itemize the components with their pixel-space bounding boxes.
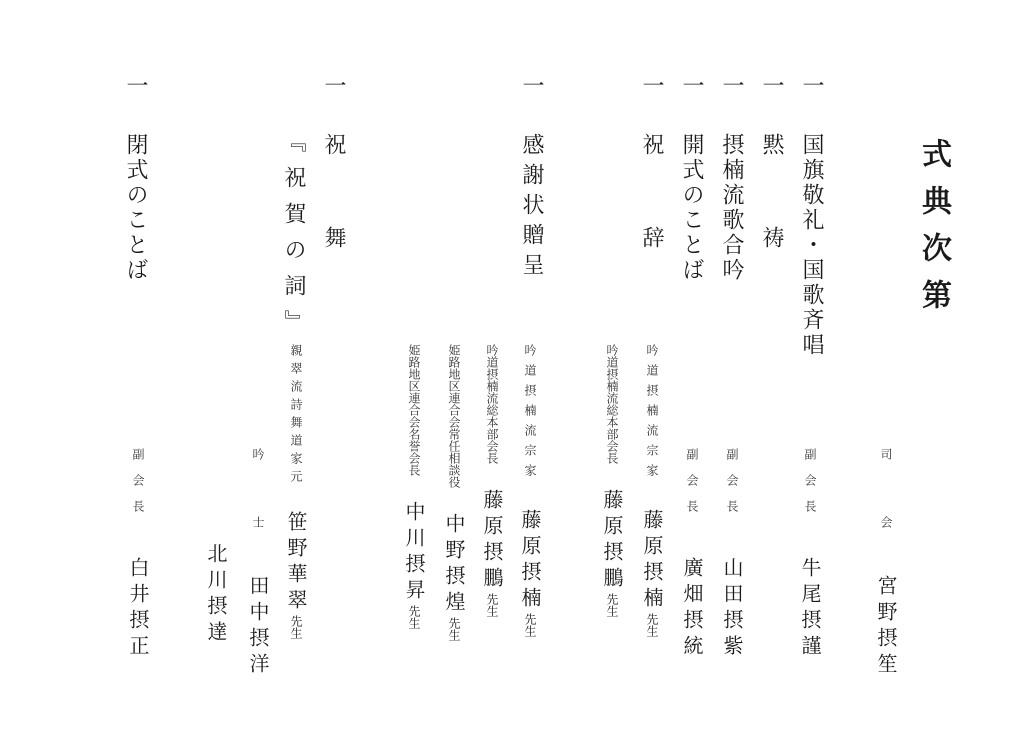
program-item-celebration-dance: 一 祝 舞 <box>322 74 344 257</box>
program-item-certificates: 一 感謝状贈呈 <box>520 74 542 283</box>
honorific: 先生 <box>523 613 537 637</box>
item-label: 黙 祷 <box>760 133 782 257</box>
page-title: 式典次第 <box>918 138 948 326</box>
officiant-name: 白井摂正 <box>128 557 148 661</box>
officiant-himeji-advisor: 姫路地区連合会常任相談役 中野摂煌先生 <box>444 344 464 641</box>
officiant-name: 牛尾摂謹 <box>800 557 820 661</box>
officiant-role: 副会長 <box>725 448 739 526</box>
item-label: 祝 辞 <box>640 133 662 257</box>
item-label: 閉式のことば <box>124 133 146 283</box>
honorific: 先生 <box>407 605 421 629</box>
officiant-vp-ushio: 副会長 牛尾摂謹 <box>800 448 820 661</box>
item-label: 国旗敬礼・国歌斉唱 <box>800 133 822 358</box>
officiant-name: 田中摂洋 <box>248 575 268 679</box>
officiant-name: 藤原摂鵬 <box>602 489 622 593</box>
officiant-ginshi-kitagawa: 北川摂達 <box>206 543 226 647</box>
item-marker: 一 <box>719 74 744 96</box>
item-marker: 一 <box>123 74 148 96</box>
honorific: 先生 <box>447 617 461 641</box>
item-marker: 一 <box>519 74 544 96</box>
item-label: 開式のことば <box>680 133 702 283</box>
program-item-opening: 一 開式のことば <box>680 74 702 283</box>
honorific: 先生 <box>645 613 659 637</box>
officiant-role: 副会長 <box>131 448 145 526</box>
item-label: 祝 舞 <box>322 133 344 257</box>
program-item-ensemble: 一 摂楠流歌合吟 <box>720 74 742 283</box>
officiant-role: 吟道摂楠流宗家 <box>523 344 537 484</box>
officiant-name: 笹野華翠 <box>286 511 306 615</box>
officiant-name: 藤原摂鵬 <box>482 489 502 593</box>
officiant-role: 親翠流詩舞道家元 <box>289 344 303 488</box>
item-marker: 一 <box>321 74 346 96</box>
program-item-closing: 一 閉式のことば <box>124 74 146 283</box>
officiant-soke-2: 吟道摂楠流宗家 藤原摂楠先生 <box>520 344 540 637</box>
officiant-name: 藤原摂楠 <box>520 509 540 613</box>
officiant-vp-shirai: 副会長 白井摂正 <box>128 448 148 661</box>
program-item-silent-prayer: 一 黙 祷 <box>760 74 782 257</box>
officiant-vp-hirohata: 副会長 廣畑摂統 <box>682 448 702 661</box>
honorific: 先生 <box>485 593 499 617</box>
officiant-name: 山田摂紫 <box>722 557 742 661</box>
officiant-name: 廣畑摂統 <box>682 557 702 661</box>
honorific: 先生 <box>289 615 303 639</box>
officiant-role: 副会長 <box>685 448 699 526</box>
item-label: 感謝状贈呈 <box>520 133 542 283</box>
officiant-role: 吟 士 <box>251 448 265 550</box>
officiant-name: 中川摂昇 <box>404 501 424 605</box>
program-item-congratulatory-address: 一 祝 辞 <box>640 74 662 257</box>
officiant-hq-president-2: 吟道摂楠流総本部会長 藤原摂鵬先生 <box>482 344 502 617</box>
item-marker: 一 <box>639 74 664 96</box>
officiant-role: 吟道摂楠流総本部会長 <box>485 344 499 464</box>
officiant-role: 副会長 <box>803 448 817 526</box>
officiant-mc: 司 会 宮野摂笙 <box>876 448 896 679</box>
honorific: 先生 <box>605 593 619 617</box>
officiant-name: 中野摂煌 <box>444 513 464 617</box>
officiant-role: 司 会 <box>879 448 893 550</box>
officiant-soke-1: 吟道摂楠流宗家 藤原摂楠先生 <box>642 344 662 637</box>
officiant-name: 北川摂達 <box>204 543 228 647</box>
program-item-flag-anthem: 一 国旗敬礼・国歌斉唱 <box>800 74 822 358</box>
officiant-role: 吟道摂楠流宗家 <box>645 344 659 484</box>
officiant-role: 姫路地区連合会常任相談役 <box>447 344 461 488</box>
item-marker: 一 <box>759 74 784 96</box>
officiant-name: 宮野摂笙 <box>876 575 896 679</box>
officiant-hq-president-1: 吟道摂楠流総本部会長 藤原摂鵬先生 <box>602 344 622 617</box>
item-label: 摂楠流歌合吟 <box>720 133 742 283</box>
officiant-vp-yamada: 副会長 山田摂紫 <box>722 448 742 661</box>
item-marker: 一 <box>799 74 824 96</box>
officiant-name: 藤原摂楠 <box>642 509 662 613</box>
officiant-dance-iemoto: 親翠流詩舞道家元 笹野華翠先生 <box>286 344 306 639</box>
officiant-ginshi-tanaka: 吟 士 田中摂洋 <box>248 448 268 679</box>
item-marker: 一 <box>679 74 704 96</box>
dance-subtitle: 『祝賀の詞』 <box>282 130 304 346</box>
officiant-role: 吟道摂楠流総本部会長 <box>605 344 619 464</box>
officiant-himeji-honorary-president: 姫路地区連合会名誉会長 中川摂昇先生 <box>404 344 424 629</box>
officiant-role: 姫路地区連合会名誉会長 <box>407 344 421 476</box>
